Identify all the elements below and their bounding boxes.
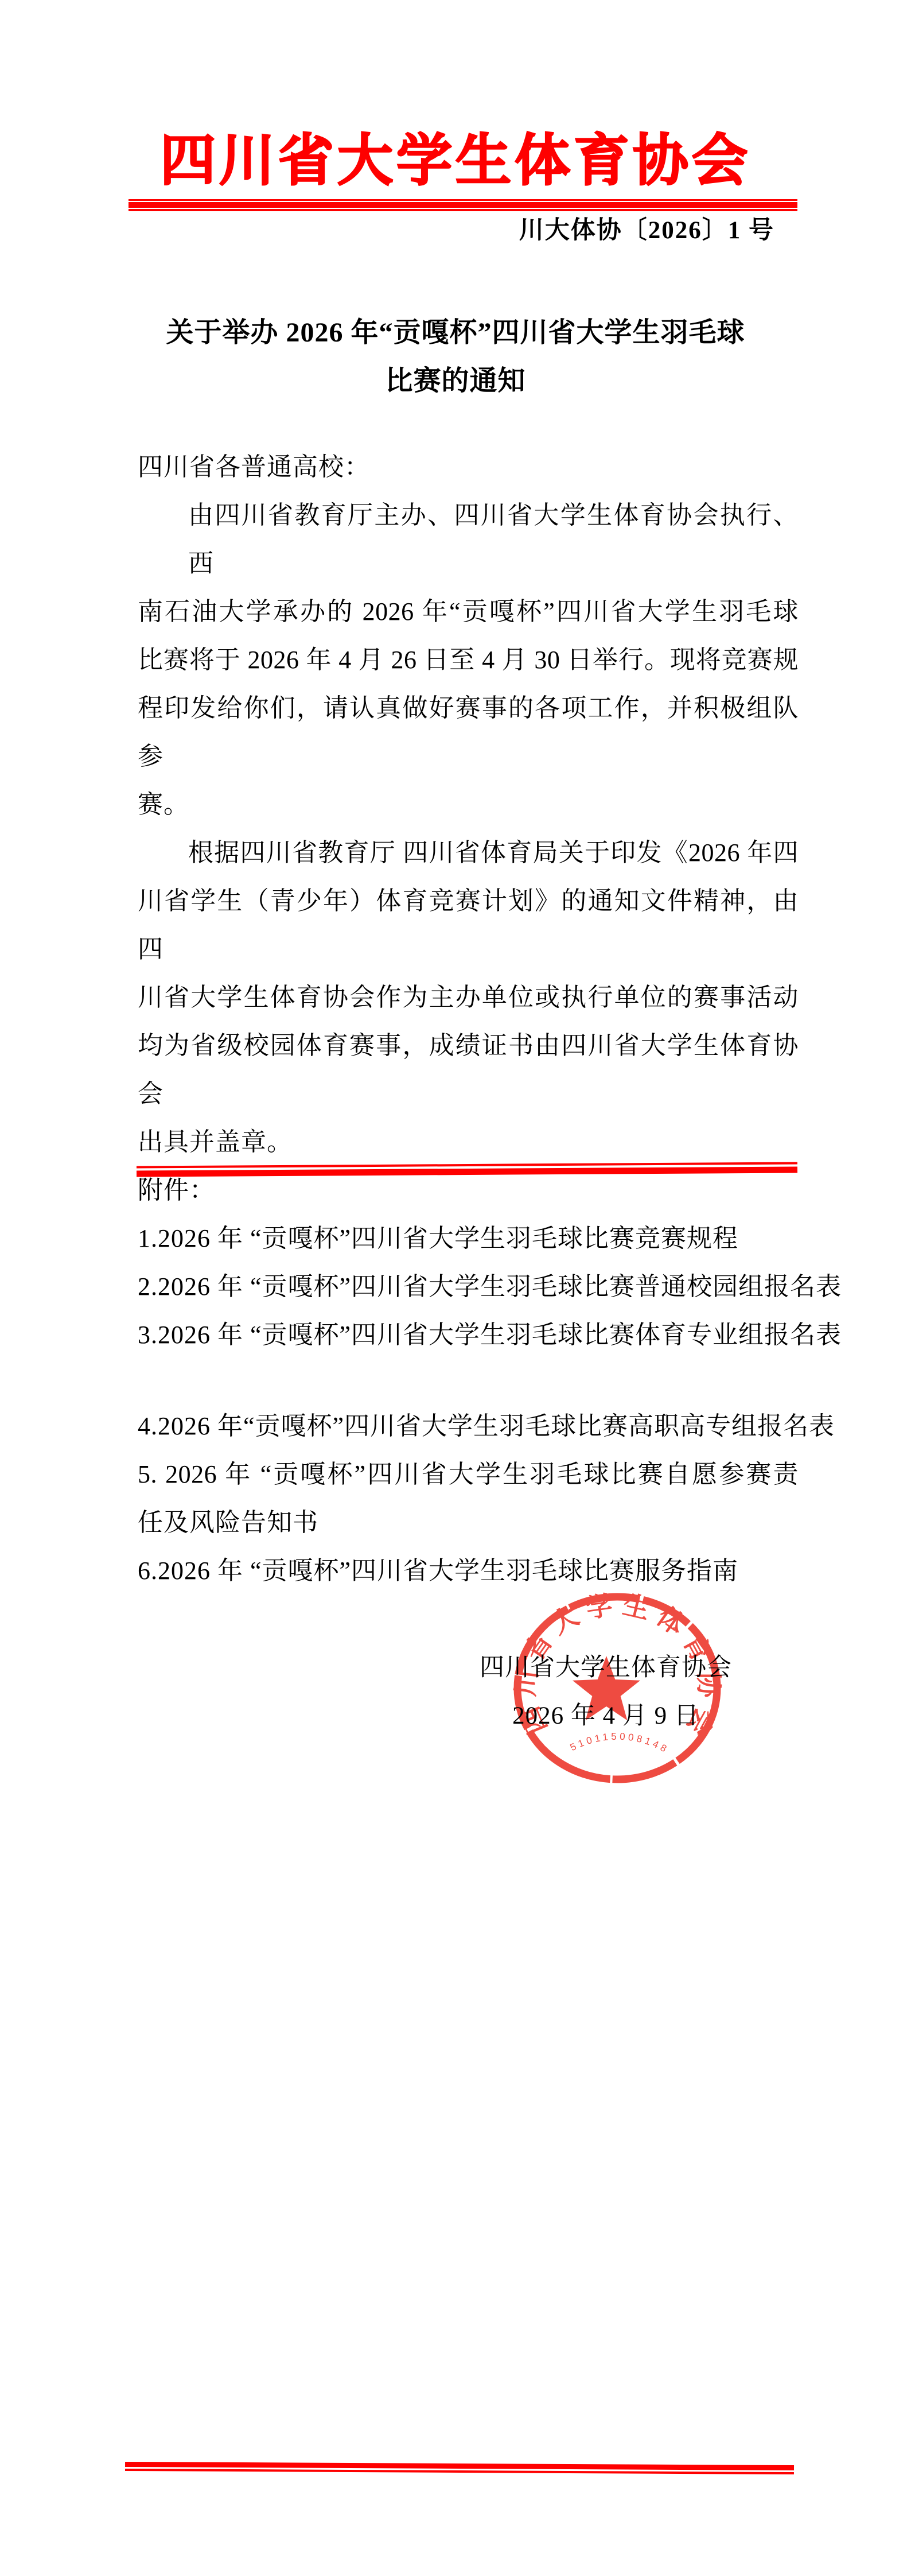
attachment-item: 4.2026 年“贡嘎杯”四川省大学生羽毛球比赛高职高专组报名表 — [138, 1402, 799, 1450]
body-line: 川省大学生体育协会作为主办单位或执行单位的赛事活动 — [138, 973, 799, 1022]
body-line: 由四川省教育厅主办、四川省大学生体育协会执行、西 — [138, 491, 799, 588]
letterhead-rule-thick — [129, 202, 797, 208]
body-line: 均为省级校园体育赛事，成绩证书由四川省大学生体育协会 — [138, 1022, 799, 1118]
signature-block: 四川省大学生体育协会 2026 年 4 月 9 日 — [359, 1644, 852, 1740]
body-line: 川省学生（青少年）体育竞赛计划》的通知文件精神，由四 — [138, 877, 799, 973]
letterhead-rule-thin-bottom — [129, 209, 797, 211]
body-line: 根据四川省教育厅 四川省体育局关于印发《2026 年四 — [138, 829, 799, 877]
notice-title-line2: 比赛的通知 — [0, 357, 911, 405]
notice-title: 关于举办 2026 年“贡嘎杯”四川省大学生羽毛球 比赛的通知 — [0, 309, 911, 405]
notice-body: 四川省各普通高校： 由四川省教育厅主办、四川省大学生体育协会执行、西 南石油大学… — [138, 443, 799, 1359]
body-line: 南石油大学承办的 2026 年“贡嘎杯”四川省大学生羽毛球 — [138, 588, 799, 636]
signature-date: 2026 年 4 月 9 日 — [359, 1692, 852, 1740]
document-number: 川大体协〔2026〕1 号 — [129, 218, 774, 244]
body-line-salutation: 四川省各普通高校： — [138, 443, 799, 491]
body-line: 赛。 — [138, 781, 799, 829]
page-divider-bottom — [125, 2462, 794, 2474]
attachment-item: 3.2026 年 “贡嘎杯”四川省大学生羽毛球比赛体育专业组报名表 — [138, 1311, 799, 1359]
body-line: 出具并盖章。 — [138, 1118, 799, 1166]
body-line: 程印发给你们，请认真做好赛事的各项工作，并积极组队参 — [138, 684, 799, 781]
notice-body-page2: 4.2026 年“贡嘎杯”四川省大学生羽毛球比赛高职高专组报名表 5. 2026… — [138, 1402, 799, 1595]
body-line: 比赛将于 2026 年 4 月 26 日至 4 月 30 日举行。现将竞赛规 — [138, 636, 799, 684]
attachment-item: 1.2026 年 “贡嘎杯”四川省大学生羽毛球比赛竞赛规程 — [138, 1215, 799, 1263]
official-notice-page: 四川省大学生体育协会 川大体协〔2026〕1 号 关于举办 2026 年“贡嘎杯… — [0, 0, 911, 2576]
attachment-item: 2.2026 年 “贡嘎杯”四川省大学生羽毛球比赛普通校园组报名表 — [138, 1263, 799, 1311]
notice-title-line1: 关于举办 2026 年“贡嘎杯”四川省大学生羽毛球 — [0, 309, 911, 357]
signature-org: 四川省大学生体育协会 — [359, 1644, 852, 1692]
attachment-item: 5. 2026 年 “贡嘎杯”四川省大学生羽毛球比赛自愿参赛责 — [138, 1450, 799, 1499]
letterhead-title: 四川省大学生体育协会 — [0, 130, 911, 192]
attachment-item: 任及风险告知书 — [138, 1499, 799, 1547]
letterhead-rule-thin-top — [129, 199, 797, 201]
